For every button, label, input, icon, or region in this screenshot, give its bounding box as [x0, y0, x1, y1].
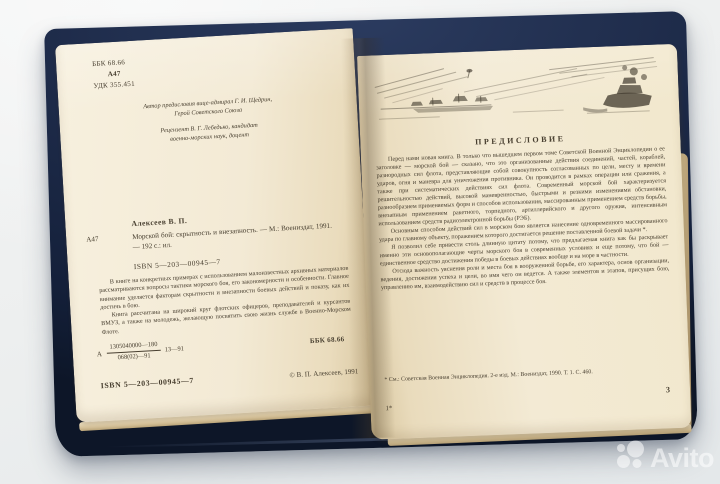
cataloguing-codes: ББК 68.66 А47 УДК 355.451	[92, 57, 135, 92]
open-book: ББК 68.66 А47 УДК 355.451 Автор предисло…	[40, 3, 704, 467]
copyright-notice: © В. П. Алексеев, 1991	[289, 367, 358, 379]
footnote: * См.: Советская Военная Энциклопедия. 2…	[384, 366, 673, 385]
catalog-index-formula: А 1305040000—180 068(02)—91 13—91	[96, 339, 184, 363]
attribution-block: Автор предисловия вице-адмирал Г. И. Щед…	[69, 91, 349, 157]
right-page-preface: ПРЕДИСЛОВИЕ Перед нами новая книга. В то…	[357, 44, 692, 440]
avito-wordmark: Avito	[650, 443, 714, 474]
naval-sketch-illustration	[371, 52, 661, 127]
bibliographic-entry: А47 Морской бой: скрытность и внезапност…	[86, 222, 333, 255]
udk-code: УДК 355.451	[93, 78, 135, 91]
left-page-imprint: ББК 68.66 А47 УДК 355.451 Автор предисло…	[55, 28, 374, 423]
page-number: 3	[666, 385, 670, 394]
avito-watermark: Avito	[614, 440, 714, 476]
preface-paragraph: Перед нами новая книга. В только что выш…	[376, 145, 668, 228]
author-name: Алексеев В. П.	[131, 216, 187, 228]
book-photo: ББК 68.66 А47 УДК 355.451 Автор предисло…	[0, 0, 720, 484]
catalog-fraction: 1305040000—180 068(02)—91	[106, 341, 161, 363]
entry-author-code: А47	[86, 235, 99, 245]
isbn-entry: ISBN 5—203—00945—7	[134, 257, 221, 271]
catalog-denominator: 068(02)—91	[107, 351, 161, 363]
preface-body: Перед нами новая книга. В только что выш…	[376, 145, 670, 292]
isbn-bottom: ISBN 5—203—00945—7	[100, 376, 194, 390]
catalog-letter: А	[97, 350, 103, 358]
signature-mark: 1*	[385, 405, 392, 412]
catalog-suffix: 13—91	[165, 345, 185, 353]
avito-logo-icon	[614, 440, 645, 476]
bbk-code-bottom: ББК 68.66	[310, 335, 345, 345]
annotation-block: В книге на конкретных примерах с использ…	[99, 265, 352, 337]
